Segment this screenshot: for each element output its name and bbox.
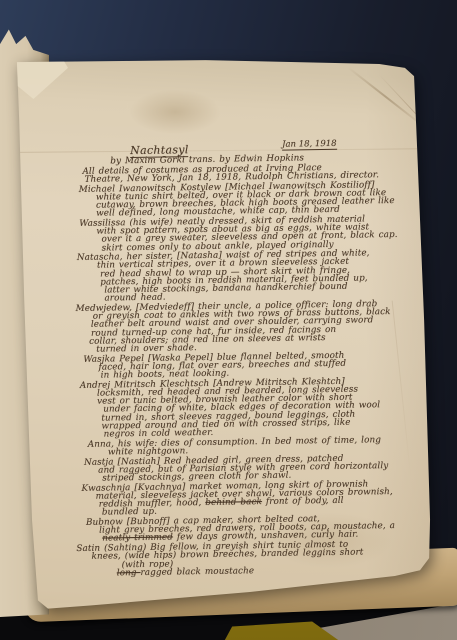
manuscript-title: Nachtasyl [130,143,189,158]
photo-background: Nachtasyl Jan 18, 1918 by Maxim Gorki tr… [0,0,457,640]
manuscript-date: Jan 18, 1918 [282,139,337,151]
manuscript: Nachtasyl Jan 18, 1918 by Maxim Gorki tr… [70,139,399,578]
manuscript-lines: by Maxim Gorki trans. by Edwin HopkinsAl… [70,153,399,578]
